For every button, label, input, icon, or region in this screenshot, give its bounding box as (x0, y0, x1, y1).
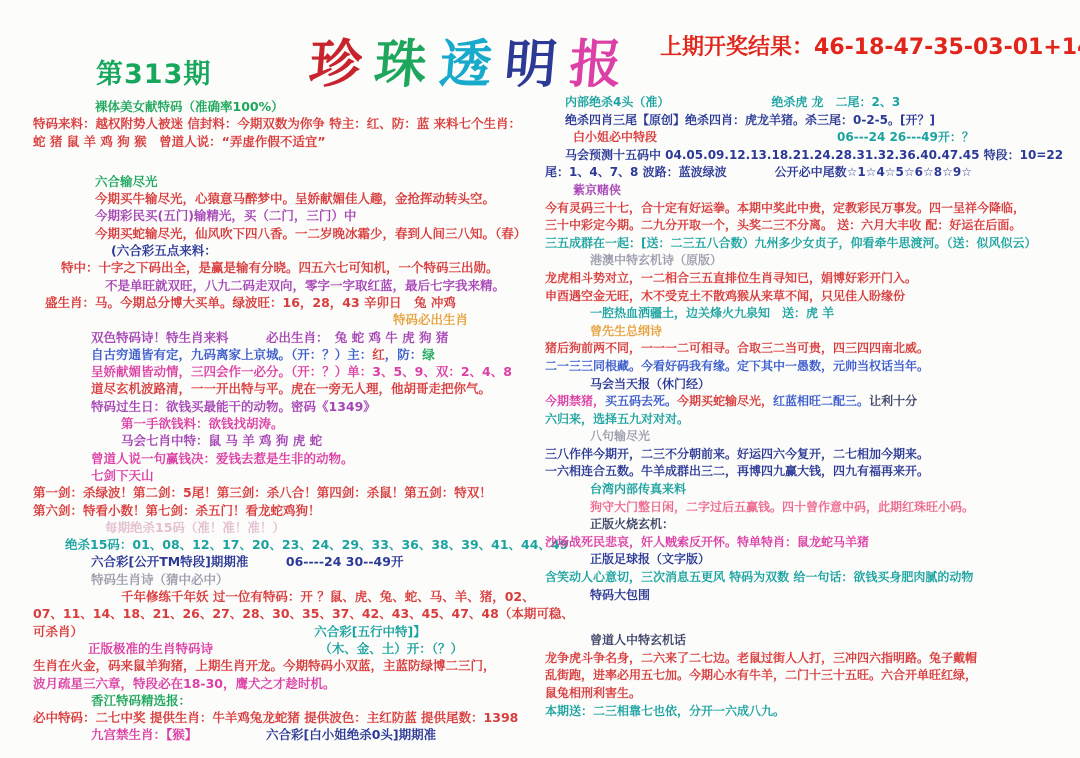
text-line: 台湾内部传真来料 (545, 481, 1077, 499)
text-segment: 第一剑：杀绿波！第二剑：5尾！第三剑：杀八合！第四剑：杀鼠！第五剑：特双！ (33, 485, 492, 500)
text-segment: 三十中彩定今期。二九分开取一个，头奖二三不分离。 送：六月大丰收 配：好运在后面… (545, 218, 1021, 232)
text-line: 申酉遇空金无旺，木不受克土不散鸡猴从来草不闻，只见佳人盼缘份 (545, 288, 1077, 306)
text-segment: 呈娇献媚皆动情，三四会作一必分。（开：？）单：3、5、9、双：2、4、8 (91, 364, 512, 379)
text-segment: 今期禁猪， (545, 394, 605, 408)
text-segment: 绝杀四肖三尾【原创】绝杀四肖：虎龙羊猪。杀三尾：0-2-5。[开？] (565, 113, 935, 127)
text-segment: 尾：1、4、7、8 波路：蓝波绿波 公开必中尾数☆1☆4☆5☆6☆8☆9☆ (545, 165, 972, 179)
text-segment: 狗守大门整日闲，二字过后五赢钱。四十曾作意中码，此期红珠旺小码。 (590, 500, 974, 514)
text-line: 波月疏星三六章，特段必在18-30，鹰犬之才趁时机。 (33, 675, 545, 692)
text-line: 必中特码：二七中奖 提供生肖：牛羊鸡兔龙蛇猪 提供波色：主红防蓝 提供尾数：13… (33, 709, 545, 726)
right-column: 内部绝杀4头（准） 绝杀虎 龙 二尾：2、3绝杀四肖三尾【原创】绝杀四肖：虎龙羊… (545, 94, 1077, 720)
text-line: 双色特码诗！特生肖来料 必出生肖： 兔 蛇 鸡 牛 虎 狗 猪 (33, 329, 545, 346)
text-line: 特码生肖诗（猜中必中） (33, 571, 545, 588)
text-line: 呈娇献媚皆动情，三四会作一必分。（开：？）单：3、5、9、双：2、4、8 (33, 363, 545, 380)
text-segment: 每期绝杀15码（准！准！准！） (105, 520, 285, 535)
last-draw-result: 上期开奖结果：46-18-47-35-03-01+14 (660, 30, 1080, 61)
text-segment: （木、金、土）开：（？） (213, 641, 463, 656)
text-line: 特码过生日：欲钱买最能干的动物。密码《1349》 (33, 398, 545, 415)
text-segment: 正版火烧玄机： (590, 517, 674, 531)
text-segment: 07、11、14、18、21、26、27、28、30、35、37、42、43、4… (33, 606, 574, 621)
text-line: 三十中彩定今期。二九分开取一个，头奖二三不分离。 送：六月大丰收 配：好运在后面… (545, 217, 1077, 235)
text-line: 三八作伴今期开，二三不分朝前来。好运四六今复开，二七相加今期来。 (545, 446, 1077, 464)
text-line: 正版足球报（文字版） (545, 551, 1077, 569)
text-segment: 正版足球报（文字版） (590, 552, 710, 566)
title-char: 明 (502, 34, 572, 95)
text-segment: 沙场战死民悲哀，奸人贼索反开怀。特单特肖：鼠龙蛇马羊猪 (545, 535, 869, 549)
text-line: 尾：1、4、7、8 波路：蓝波绿波 公开必中尾数☆1☆4☆5☆6☆8☆9☆ (545, 164, 1077, 182)
text-line: 07、11、14、18、21、26、27、28、30、35、37、42、43、4… (33, 605, 545, 622)
text-segment: 第一手欲钱料：欲钱找胡涛。 (121, 416, 284, 431)
text-segment: 红蓝相旺二配三。 (773, 394, 869, 408)
text-line: 内部绝杀4头（准） 绝杀虎 龙 二尾：2、3 (545, 94, 1077, 112)
text-segment: 特码过生日：欲钱买最能干的动物。密码《1349》 (91, 399, 376, 414)
text-segment: 六合彩[五行中特]】 (77, 624, 426, 639)
last-draw-result-label: 上期开奖结果： (660, 35, 814, 60)
text-segment: 盛生肖：马。今期总分博大买单。绿波旺：16，28，43 辛卯日 兔 冲鸡 (45, 295, 456, 310)
text-segment: 双色特码诗！特生肖来料 必出生肖： 兔 蛇 鸡 牛 虎 狗 猪 (91, 330, 448, 345)
text-line: 六合输尽光 (33, 173, 545, 190)
text-segment: 不是单旺就双旺，八九二码走双向，零字一字取红蓝，最后七字我来精。 (105, 278, 505, 293)
text-segment: 龙争虎斗争名身，二六来了二七边。老鼠过街人人打，三冲四六指明路。兔子戴帽 (545, 651, 977, 665)
title-char: 珍 (307, 34, 377, 95)
text-line: 香江特码精选报： (33, 692, 545, 709)
text-line: 六合彩[公开TM特段]期期准 06----24 30--49开 (33, 553, 545, 570)
text-line: 含笑动人心意切，三次消息五更风 特码为双数 给一句话：欲钱买身肥肉腻的动物 (545, 569, 1077, 587)
newspaper-title: 珍珠透明报 (307, 22, 639, 97)
text-segment: 今期彩民买(五门)输精光，买（二门，三门）中 (95, 208, 356, 223)
title-char: 珠 (372, 34, 442, 95)
text-line: 第一手欲钱料：欲钱找胡涛。 (33, 415, 545, 432)
text-line: 今期禁猪，买五码去死。今期买蛇输尽光，红蓝相旺二配三。让利十分 (545, 393, 1077, 411)
text-segment: 今期买牛输尽光，心猿意马醉梦中。呈娇献媚佳人趣，金抢挥动转头空。 (95, 191, 495, 206)
text-segment: 特码生肖诗（猜中必中） (91, 572, 229, 587)
text-line: 可杀肖） 六合彩[五行中特]】 (33, 623, 545, 640)
text-segment: 特码必出生肖 (393, 312, 468, 327)
text-segment: 鼠兔相刑利害生。 (545, 686, 641, 700)
text-line: 盛生肖：马。今期总分博大买单。绿波旺：16，28，43 辛卯日 兔 冲鸡 (33, 294, 545, 311)
text-line: 特码必出生肖 (33, 311, 545, 328)
text-line: 曾道人说一句赢钱决：爱钱去惹是生非的动物。 (33, 450, 545, 467)
text-line: 猪后狗前两不同，一一一二可相寻。合取三二当可贵，四三四四南北威。 (545, 340, 1077, 358)
text-segment: 本期送：二三相靠七也依，分开一六成八九。 (545, 704, 785, 718)
text-segment: 含笑动人心意切，三次消息五更风 特码为双数 给一句话：欲钱买身肥肉腻的动物 (545, 570, 973, 584)
text-line: 九宫禁生肖：【猴】 六合彩[白小姐绝杀0头]期期准 (33, 726, 545, 743)
text-segment: 六合彩[白小姐绝杀0头]期期准 (191, 727, 436, 742)
last-draw-result-value: 46-18-47-35-03-01+14 (814, 35, 1080, 60)
text-line: 一六相连合五数。牛羊成群出三二，再博四九赢大钱，四九有福再来开。 (545, 463, 1077, 481)
text-segment: 一六相连合五数。牛羊成群出三二，再博四九赢大钱，四九有福再来开。 (545, 464, 929, 478)
text-segment: 七剑下天山 (91, 468, 154, 483)
text-segment: 自古穷通皆有定，九码离家上京城。（开：？）主： (91, 347, 372, 362)
text-segment: 千年修练千年妖 过一位有特码：开 ？鼠、虎、兔、蛇、马、羊、猪，02、 (121, 589, 535, 604)
text-segment: 港澳中特玄机诗（原版） (590, 253, 722, 267)
text-line: 龙虎相斗势对立，一二相合三五直排位生肖寻知已，娟博好彩开门入。 (545, 270, 1077, 288)
title-char: 报 (567, 34, 637, 95)
text-segment: 三八作伴今期开，二三不分朝前来。好运四六今复开，二七相加今期来。 (545, 447, 929, 461)
text-segment: 裸体美女献特码（准确率100%） (95, 99, 284, 114)
text-segment: 六合输尽光 (95, 174, 158, 189)
text-segment: 正版极准的生肖特码诗 (88, 641, 213, 656)
text-segment: 今期买蛇输尽光，仙风吹下四八香。一二岁晚冰霜少，春到人间三八知。（春） (95, 226, 526, 241)
text-segment: 一腔热血洒疆土，边关烽火九泉知 送：虎 羊 (590, 306, 834, 320)
text-segment: 六合彩[公开TM特段]期期准 06----24 30--49开 (91, 554, 403, 569)
text-line: 今期买蛇输尽光，仙风吹下四八香。一二岁晚冰霜少，春到人间三八知。（春） (33, 225, 545, 242)
text-line: 曾先生总纲诗 (545, 323, 1077, 341)
text-line: 白小姐必中特段 06---24 26---49开：？ (545, 129, 1077, 147)
title-char: 透 (437, 34, 507, 95)
text-line: 八句输尽光 (545, 428, 1077, 446)
text-segment: 今期买蛇输尽光， (677, 394, 773, 408)
text-line: 绝杀四肖三尾【原创】绝杀四肖：虎龙羊猪。杀三尾：0-2-5。[开？] (545, 112, 1077, 130)
text-segment: (六合彩五点来料： (111, 243, 217, 258)
text-line: 港澳中特玄机诗（原版） (545, 252, 1077, 270)
text-line: 绝杀15码：01、08、12、17、20、23、24、29、33、36、38、3… (33, 536, 545, 553)
newspaper-page: 第313期 珍珠透明报 上期开奖结果：46-18-47-35-03-01+14 … (0, 0, 1080, 758)
text-segment: 红 (372, 347, 385, 362)
left-column: 裸体美女献特码（准确率100%）特码来料：越权附势人被迷 信封料：今期双数为你争… (33, 98, 545, 744)
text-segment: 特码大包围 (590, 588, 650, 602)
text-segment: 今有灵码三十七，合十定有好运拳。本期中奖此中贵，定教彩民万事发。四一呈祥今降临， (545, 201, 1025, 215)
text-line: 正版极准的生肖特码诗 （木、金、土）开：（？） (33, 640, 545, 657)
text-line: 第六剑：特看小数！第七剑：杀五门！看龙蛇鸡狗！ (33, 502, 545, 519)
text-segment: 绝杀15码：01、08、12、17、20、23、24、29、33、36、38、3… (65, 537, 568, 552)
text-line: 狗守大门整日闲，二字过后五赢钱。四十曾作意中码，此期红珠旺小码。 (545, 499, 1077, 517)
text-line: 马会当天报（休门经） (545, 376, 1077, 394)
text-line: 马会七肖中特：鼠 马 羊 鸡 狗 虎 蛇 (33, 432, 545, 449)
text-segment: 六归来，选择五九对对对。 (545, 412, 689, 426)
text-segment: 特中：十字之下码出全，是赢是输有分晓。四五六七可知机，一个特码三出勋。 (61, 260, 499, 275)
text-line: 三五成群在一起：[送：二三五八合数）九州多少女贞子，仰看牵牛思渡河。（送：似风似… (545, 235, 1077, 253)
text-segment: 绿 (422, 347, 435, 362)
text-segment: 第六剑：特看小数！第七剑：杀五门！看龙蛇鸡狗！ (33, 503, 321, 518)
text-line: 千年修练千年妖 过一位有特码：开 ？鼠、虎、兔、蛇、马、羊、猪，02、 (33, 588, 545, 605)
text-segment: 龙虎相斗势对立，一二相合三五直排位生肖寻知已，娟博好彩开门入。 (545, 271, 917, 285)
text-line: (六合彩五点来料： (33, 242, 545, 259)
text-line: 今有灵码三十七，合十定有好运拳。本期中奖此中贵，定教彩民万事发。四一呈祥今降临， (545, 200, 1077, 218)
text-line: 裸体美女献特码（准确率100%） (33, 98, 545, 115)
text-segment: 06---24 26---49开：？ (657, 130, 974, 144)
text-segment: 三五成群在一起：[送：二三五八合数）九州多少女贞子，仰看牵牛思渡河。（送：似风似… (545, 236, 1037, 250)
text-line: 今期买牛输尽光，心猿意马醉梦中。呈娇献媚佳人趣，金抢挥动转头空。 (33, 190, 545, 207)
text-line: 七剑下天山 (33, 467, 545, 484)
text-segment: 曾先生总纲诗 (590, 324, 662, 338)
text-segment: 让利十分 (869, 394, 917, 408)
text-segment: 道尽玄机波路清，一一开出特与平。虎在一旁无人理，他胡哥走把你气。 (91, 381, 491, 396)
text-line: 曾道人中特玄机话 (545, 632, 1077, 650)
text-segment: 乱街跑，进率必用五七加。今期心水有牛羊，二门十三十五旺。六合开单旺红绿， (545, 668, 977, 682)
text-line: 乱街跑，进率必用五七加。今期心水有牛羊，二门十三十五旺。六合开单旺红绿， (545, 667, 1077, 685)
text-segment: 可杀肖） (33, 624, 77, 639)
issue-number: 第313期 (96, 52, 211, 91)
text-segment: 紫京赌侠 (573, 183, 621, 197)
text-segment: 曾道人中特玄机话 (590, 633, 686, 647)
text-segment: 白小姐必中特段 (573, 130, 657, 144)
text-line: 正版火烧玄机： (545, 516, 1077, 534)
text-line: 一腔热血洒疆土，边关烽火九泉知 送：虎 羊 (545, 305, 1077, 323)
text-line: 道尽玄机波路清，一一开出特与平。虎在一旁无人理，他胡哥走把你气。 (33, 380, 545, 397)
text-line: 六归来，选择五九对对对。 (545, 411, 1077, 429)
text-segment: 曾道人说一句赢钱决：爱钱去惹是生非的动物。 (91, 451, 354, 466)
text-segment: 马会预测十五码中 04.05.09.12.13.18.21.24.28.31.3… (565, 148, 1063, 162)
text-line: 今期彩民买(五门)输精光，买（二门，三门）中 (33, 207, 545, 224)
text-line: 生肖在火金，码来鼠羊狗猪，上期生肖开龙。今期特码小双蓝，主蓝防绿博二三门， (33, 657, 545, 674)
text-line: 特码大包围 (545, 587, 1077, 605)
text-segment: 猪后狗前两不同，一一一二可相寻。合取三二当可贵，四三四四南北威。 (545, 341, 929, 355)
text-segment: 波月疏星三六章，特段必在18-30，鹰犬之才趁时机。 (33, 676, 335, 691)
text-segment: 二一三三同根藏。今看好码我有缘。定下其中一愚数，元帅当权话当年。 (545, 359, 929, 373)
text-line: 特码来料：越权附势人被迷 信封料：今期双数为你争 特主：红、防：蓝 来料七个生肖… (33, 115, 545, 132)
text-segment: 申酉遇空金无旺，木不受克土不散鸡猴从来草不闻，只见佳人盼缘份 (545, 289, 905, 303)
text-segment: 蛇 猪 鼠 羊 鸡 狗 猴 曾道人说：“弄虚作假不适宜” (33, 134, 326, 149)
text-line: 沙场战死民悲哀，奸人贼索反开怀。特单特肖：鼠龙蛇马羊猪 (545, 534, 1077, 552)
text-line: 龙争虎斗争名身，二六来了二七边。老鼠过街人人打，三冲四六指明路。兔子戴帽 (545, 650, 1077, 668)
text-line: 不是单旺就双旺，八九二码走双向，零字一字取红蓝，最后七字我来精。 (33, 277, 545, 294)
text-segment: 马会当天报（休门经） (590, 377, 710, 391)
text-line: 蛇 猪 鼠 羊 鸡 狗 猴 曾道人说：“弄虚作假不适宜” (33, 133, 545, 150)
text-line: 鼠兔相刑利害生。 (545, 685, 1077, 703)
text-line: 紫京赌侠 (545, 182, 1077, 200)
text-segment: 买五码去死。 (605, 394, 677, 408)
text-segment: ，防： (385, 347, 423, 362)
text-line: 马会预测十五码中 04.05.09.12.13.18.21.24.28.31.3… (545, 147, 1077, 165)
text-line: 二一三三同根藏。今看好码我有缘。定下其中一愚数，元帅当权话当年。 (545, 358, 1077, 376)
text-segment: 马会七肖中特：鼠 马 羊 鸡 狗 虎 蛇 (121, 433, 322, 448)
text-line: 第一剑：杀绿波！第二剑：5尾！第三剑：杀八合！第四剑：杀鼠！第五剑：特双！ (33, 484, 545, 501)
text-segment: 生肖在火金，码来鼠羊狗猪，上期生肖开龙。今期特码小双蓝，主蓝防绿博二三门， (33, 658, 496, 673)
text-segment: 台湾内部传真来料 (590, 482, 686, 496)
text-line: 本期送：二三相靠七也依，分开一六成八九。 (545, 703, 1077, 721)
text-segment: 九宫禁生肖：【猴】 (91, 727, 191, 742)
text-line: 每期绝杀15码（准！准！准！） (33, 519, 545, 536)
text-segment: 香江特码精选报： (91, 693, 191, 708)
text-line: 自古穷通皆有定，九码离家上京城。（开：？）主：红，防：绿 (33, 346, 545, 363)
text-segment: 内部绝杀4头（准） 绝杀虎 龙 二尾：2、3 (565, 95, 900, 109)
text-line: 特中：十字之下码出全，是赢是输有分晓。四五六七可知机，一个特码三出勋。 (33, 259, 545, 276)
text-segment: 特码来料：越权附势人被迷 信封料：今期双数为你争 特主：红、防：蓝 来料七个生肖… (33, 116, 521, 131)
text-segment: 必中特码：二七中奖 提供生肖：牛羊鸡兔龙蛇猪 提供波色：主红防蓝 提供尾数：13… (33, 710, 518, 725)
text-segment: 八句输尽光 (590, 429, 650, 443)
